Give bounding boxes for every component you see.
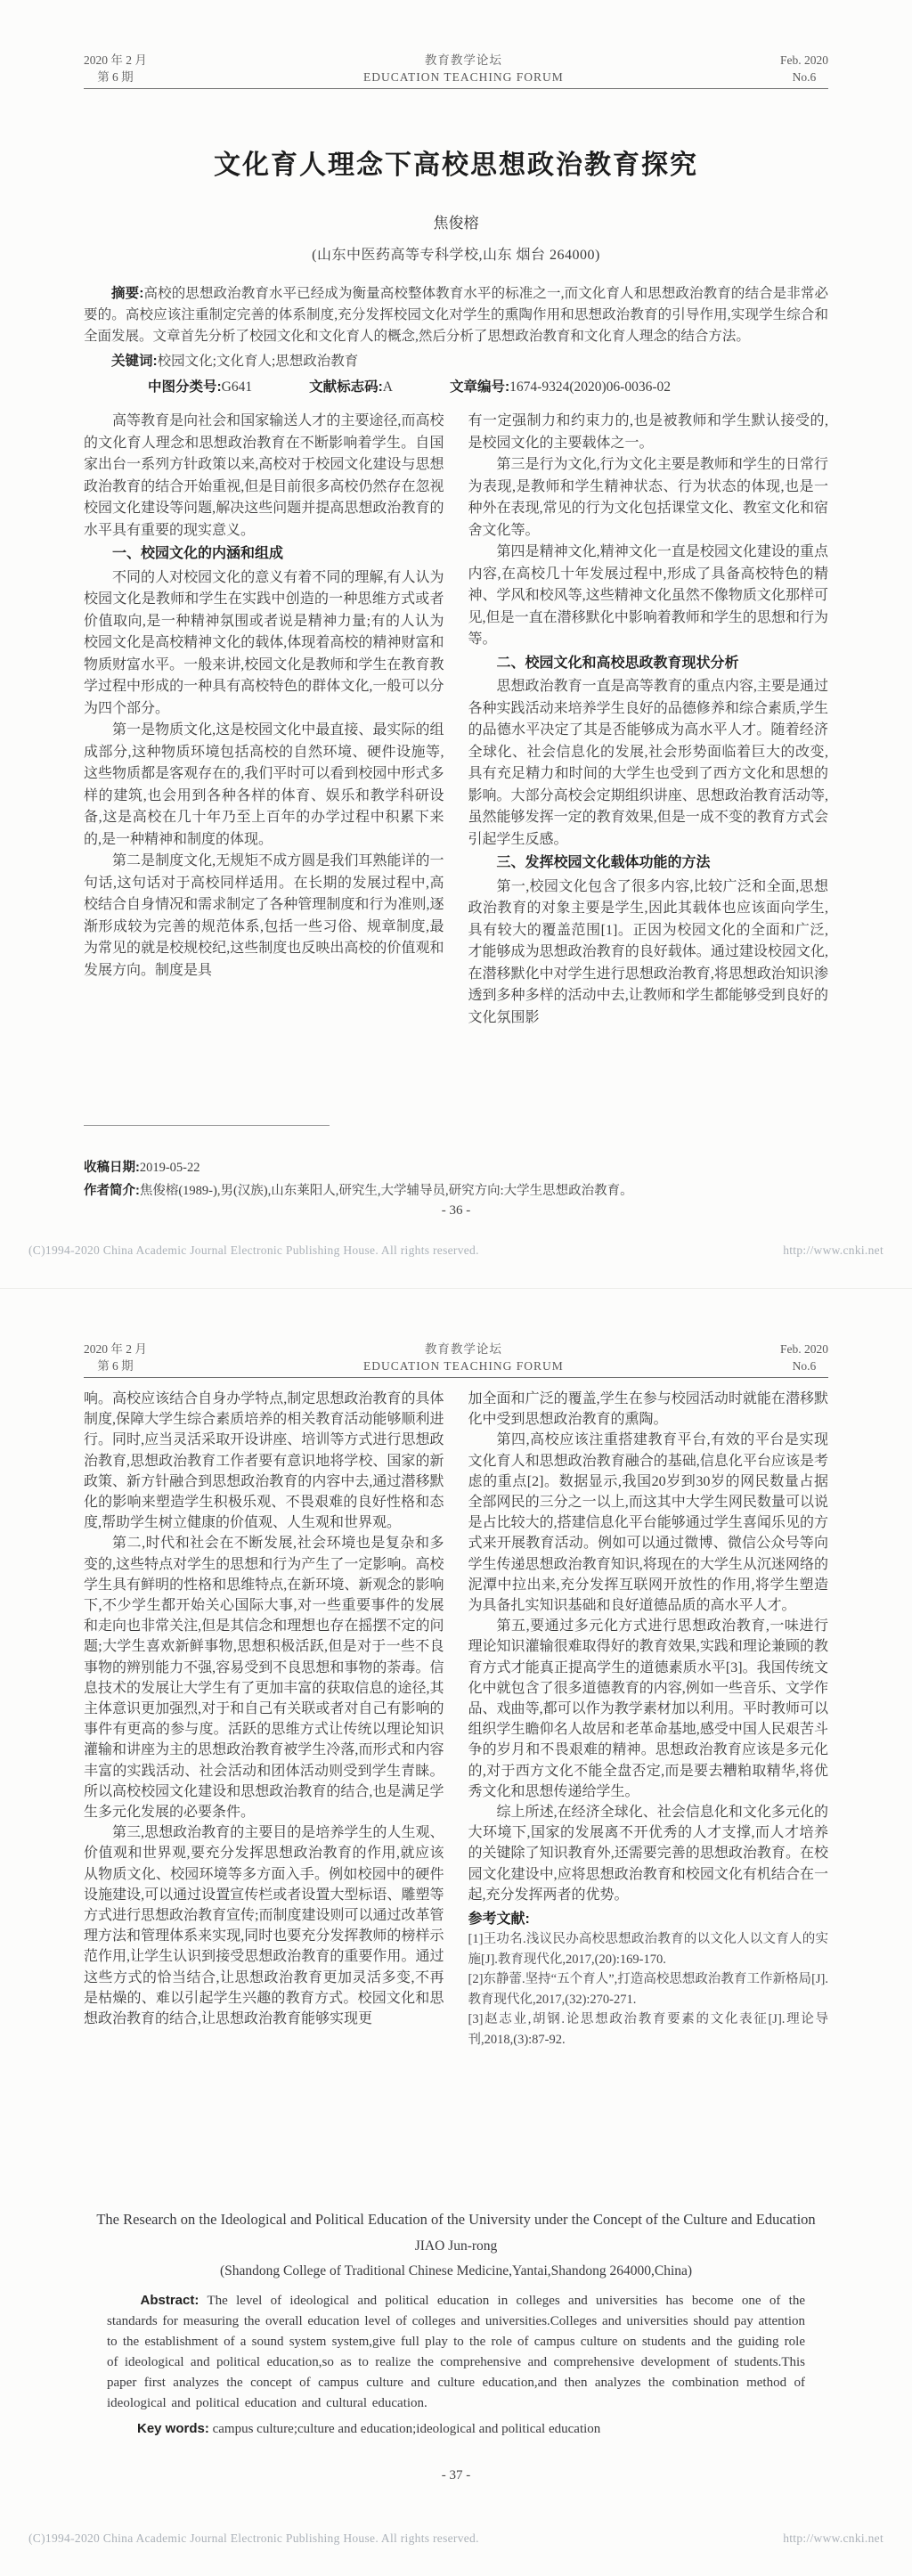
author-bio-line: 作者简介:焦俊榕(1989-),男(汉族),山东莱阳人,研究生,大学辅导员,研究… [84,1179,828,1202]
body-paragraph: 响。高校应该结合自身办学特点,制定思想政治教育的具体制度,保障大学生综合素质培养… [84,1389,444,1533]
body-paragraph: 高等教育是向社会和国家输送人才的主要途径,而高校的文化育人理念和思想政治教育在不… [84,411,444,542]
copyright-text: (C)1994-2020 China Academic Journal Elec… [28,1243,479,1258]
footnote-divider [84,1125,330,1126]
section-heading: 二、校园文化和高校思政教育现状分析 [468,653,829,675]
copyright-line: (C)1994-2020 China Academic Journal Elec… [0,1243,912,1258]
body-paragraph: 不同的人对校园文化的意义有着不同的理解,有人认为校园文化是教师和学生在实践中创造… [84,567,444,721]
body-paragraph: 第一,校园文化包含了很多内容,比较广泛和全面,思想政治教育的对象主要是学生,因此… [468,876,829,1030]
body-paragraph: 思想政治教育一直是高等教育的重点内容,主要是通过各种实践活动来培养学生良好的品德… [468,676,829,851]
journal-name-cn: 教育教学论坛 [363,1341,564,1357]
english-affiliation: (Shandong College of Traditional Chinese… [84,2263,828,2279]
journal-page-37: 2020 年 2 月 第 6 期 教育教学论坛 EDUCATION TEACHI… [0,1288,912,2576]
issue-month-cn: 2020 年 2 月 [84,52,147,69]
copyright-text: (C)1994-2020 China Academic Journal Elec… [28,2531,479,2546]
clc-number: 中图分类号:G641 [148,377,252,398]
body-paragraph: 第五,要通过多元化方式进行思想政治教育,一味进行理论知识灌输很难取得好的教育效果… [468,1616,829,1802]
page1-right-column: 有一定强制力和约束力的,也是被教师和学生默认接受的,是校园文化的主要载体之一。第… [468,411,829,1063]
abstract-label: 摘要: [111,286,143,301]
english-author: JIAO Jun-rong [84,2238,828,2254]
journal-issue-en: Feb. 2020 No.6 [780,52,828,86]
section-heading: 一、校园文化的内涵和组成 [84,543,444,566]
header-divider [84,88,828,89]
journal-name-cn: 教育教学论坛 [363,52,564,69]
body-paragraph: 第二,时代和社会在不断发展,社会环境也是复杂和多变的,这些特点对学生的思想和行为… [84,1533,444,1822]
journal-page-36: 2020 年 2 月 第 6 期 教育教学论坛 EDUCATION TEACHI… [0,0,912,1288]
issue-month-en: Feb. 2020 [780,1341,828,1357]
copyright-url: http://www.cnki.net [783,2531,883,2546]
body-paragraph: 第一是物质文化,这是校园文化中最直接、最实际的组成部分,这种物质环境包括高校的自… [84,720,444,851]
body-paragraph: 第四是精神文化,精神文化一直是校园文化建设的重点内容,在高校几十年发展过程中,形… [468,542,829,651]
journal-name-en: EDUCATION TEACHING FORUM [363,69,564,86]
article-author: 焦俊榕 [84,210,828,232]
article-affiliation: (山东中医药高等专科学校,山东 烟台 264000) [84,243,828,264]
body-columns: 高等教育是向社会和国家输送人才的主要途径,而高校的文化育人理念和思想政治教育在不… [84,411,828,1063]
page2-left-column: 响。高校应该结合自身办学特点,制定思想政治教育的具体制度,保障大学生综合素质培养… [84,1389,444,2165]
body-columns: 响。高校应该结合自身办学特点,制定思想政治教育的具体制度,保障大学生综合素质培养… [84,1389,828,2165]
reference-item: [2]东静蕾.坚持“五个育人”,打造高校思想政治教育工作新格局[J].教育现代化… [468,1969,829,2009]
article-id: 文章编号:1674-9324(2020)06-0036-02 [450,377,671,398]
copyright-line: (C)1994-2020 China Academic Journal Elec… [0,2531,912,2546]
section-heading: 三、发挥校园文化载体功能的方法 [468,852,829,875]
abstract-block: 摘要:高校的思想政治教育水平已经成为衡量高校整体教育水平的标准之一,而文化育人和… [84,283,828,398]
abstract-text: 高校的思想政治教育水平已经成为衡量高校整体教育水平的标准之一,而文化育人和思想政… [84,286,828,344]
page2-right-column: 加全面和广泛的覆盖,学生在参与校园活动时就能在潜移默化中受到思想政治教育的熏陶。… [468,1389,829,2165]
journal-name: 教育教学论坛 EDUCATION TEACHING FORUM [363,1341,564,1374]
issue-month-cn: 2020 年 2 月 [84,1341,147,1357]
header-divider [84,1377,828,1378]
journal-issue-cn: 2020 年 2 月 第 6 期 [84,1341,147,1374]
body-paragraph: 加全面和广泛的覆盖,学生在参与校园活动时就能在潜移默化中受到思想政治教育的熏陶。 [468,1389,829,1430]
english-abstract: Abstract: The level of ideological and p… [84,2290,828,2414]
keywords-label: 关键词: [111,354,158,369]
body-paragraph: 第三是行为文化,行为文化主要是教师和学生的日常行为表现,是教师和学生精神状态、行… [468,454,829,542]
keywords-line: 关键词:校园文化;文化育人;思想政治教育 [84,351,828,372]
journal-header: 2020 年 2 月 第 6 期 教育教学论坛 EDUCATION TEACHI… [84,0,828,86]
reference-item: [1]王功名.浅议民办高校思想政治教育的以文化人以文育人的实施[J].教育现代化… [468,1929,829,1969]
english-keywords: Key words: campus culture;culture and ed… [84,2421,828,2437]
issue-number-en: No.6 [780,69,828,86]
body-paragraph: 第三,思想政治教育的主要目的是培养学生的人生观、价值观和世界观,要充分发挥思想政… [84,1822,444,2029]
issue-number-cn: 第 6 期 [84,69,147,86]
page-number: - 36 - [0,1203,912,1219]
body-paragraph: 综上所述,在经济全球化、社会信息化和文化多元化的大环境下,国家的发展离不开优秀的… [468,1802,829,1905]
copyright-url: http://www.cnki.net [783,1243,883,1258]
body-paragraph: 有一定强制力和约束力的,也是被教师和学生默认接受的,是校园文化的主要载体之一。 [468,411,829,454]
issue-number-cn: 第 6 期 [84,1357,147,1374]
journal-name-en: EDUCATION TEACHING FORUM [363,1357,564,1374]
reference-item: [3]赵志业,胡钢.论思想政治教育要素的文化表征[J].理论导刊,2018,(3… [468,2009,829,2050]
english-title: The Research on the Ideological and Poli… [84,2210,828,2230]
references-heading: 参考文献: [468,1909,829,1929]
article-title: 文化育人理念下高校思想政治教育探究 [84,143,828,182]
footnote-block: 收稿日期:2019-05-22 作者简介:焦俊榕(1989-),男(汉族),山东… [84,1125,828,1202]
journal-name: 教育教学论坛 EDUCATION TEACHING FORUM [363,52,564,86]
document-code: 文献标志码:A [309,377,393,398]
issue-number-en: No.6 [780,1357,828,1374]
abstract-paragraph: 摘要:高校的思想政治教育水平已经成为衡量高校整体教育水平的标准之一,而文化育人和… [84,283,828,347]
journal-issue-en: Feb. 2020 No.6 [780,1341,828,1374]
body-paragraph: 第四,高校应该注重搭建教育平台,有效的平台是实现文化育人和思想政治教育融合的基础… [468,1430,829,1616]
keywords-text: 校园文化;文化育人;思想政治教育 [158,354,359,369]
received-date-line: 收稿日期:2019-05-22 [84,1156,828,1179]
issue-month-en: Feb. 2020 [780,52,828,69]
page1-left-column: 高等教育是向社会和国家输送人才的主要途径,而高校的文化育人理念和思想政治教育在不… [84,411,444,1063]
body-paragraph: 第二是制度文化,无规矩不成方圆是我们耳熟能详的一句话,这句话对于高校同样适用。在… [84,851,444,982]
page-number: - 37 - [0,2468,912,2483]
journal-header: 2020 年 2 月 第 6 期 教育教学论坛 EDUCATION TEACHI… [84,1289,828,1374]
journal-issue-cn: 2020 年 2 月 第 6 期 [84,52,147,86]
classification-line: 中图分类号:G641 文献标志码:A 文章编号:1674-9324(2020)0… [84,377,828,398]
english-abstract-block: The Research on the Ideological and Poli… [84,2210,828,2437]
